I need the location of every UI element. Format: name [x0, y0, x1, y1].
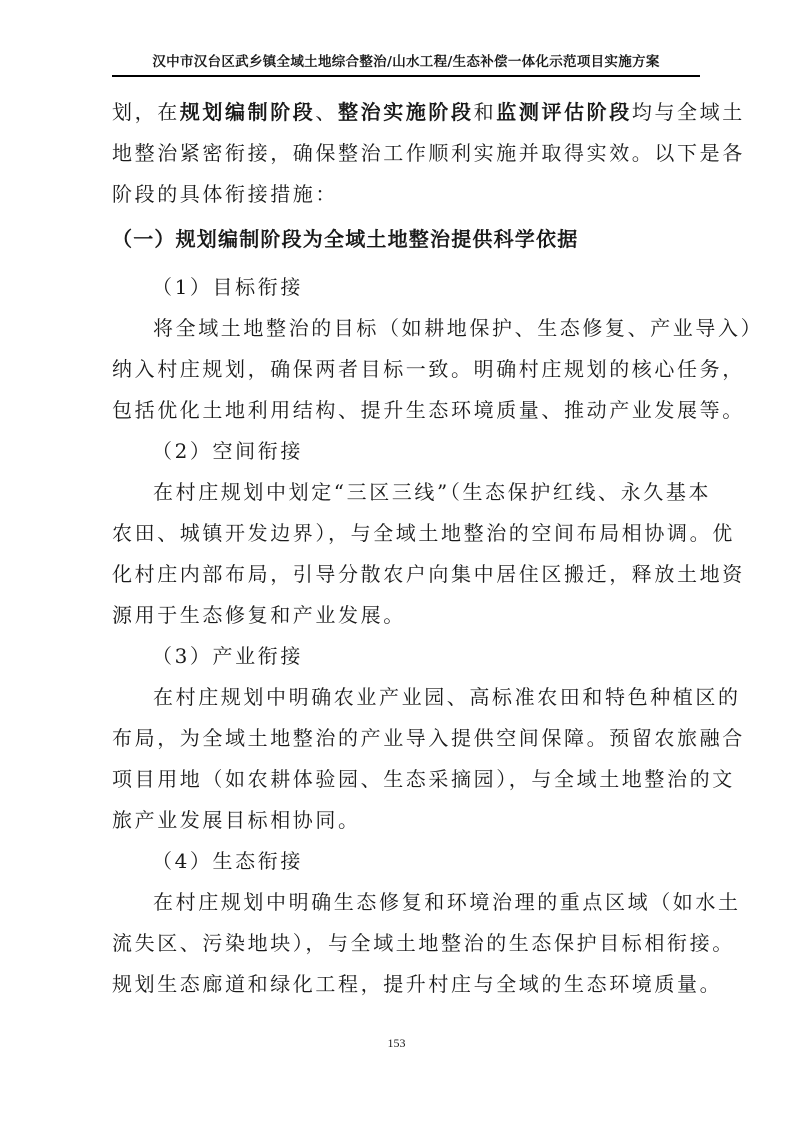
- section-heading: （一）规划编制阶段为全域土地整治提供科学依据: [112, 217, 698, 267]
- paragraph-line: 项目用地（如农耕体验园、生态采摘园），与全域土地整治的文: [112, 759, 698, 800]
- paragraph-line: 包括优化土地利用结构、提升生态环境质量、推动产业发展等。: [112, 390, 698, 431]
- subsection-title: （4）生态衔接: [112, 841, 698, 882]
- intro-text: 和: [474, 100, 497, 124]
- subsection-spatial: （2）空间衔接 在村庄规划中划定“三区三线”（生态保护红线、永久基本 农田、城镇…: [112, 431, 698, 636]
- paragraph-line: 旅产业发展目标相协同。: [112, 800, 698, 841]
- bold-phase-planning: 规划编制阶段: [180, 100, 316, 124]
- running-header: 汉中市汉台区武乡镇全域土地综合整治/山水工程/生态补偿一体化示范项目实施方案: [112, 52, 700, 72]
- page-number: 153: [0, 1036, 793, 1051]
- intro-text: 、: [315, 100, 338, 124]
- paragraph-line: 源用于生态修复和产业发展。: [112, 595, 698, 636]
- header-divider: [112, 75, 700, 77]
- intro-text: 划，在: [112, 100, 180, 124]
- subsection-goal: （1）目标衔接 将全域土地整治的目标（如耕地保护、生态修复、产业导入） 纳入村庄…: [112, 267, 698, 431]
- document-body: 划，在规划编制阶段、整治实施阶段和监测评估阶段均与全域土 地整治紧密衔接，确保整…: [112, 92, 698, 1005]
- intro-line-2: 地整治紧密衔接，确保整治工作顺利实施并取得实效。以下是各: [112, 133, 698, 174]
- paragraph-line: 流失区、污染地块），与全域土地整治的生态保护目标相衔接。: [112, 923, 698, 964]
- paragraph-line: 在村庄规划中划定“三区三线”（生态保护红线、永久基本: [112, 472, 698, 513]
- paragraph-line: 将全域土地整治的目标（如耕地保护、生态修复、产业导入）: [112, 308, 698, 349]
- paragraph-line: 化村庄内部布局，引导分散农户向集中居住区搬迁，释放土地资: [112, 554, 698, 595]
- bold-phase-monitoring: 监测评估阶段: [496, 100, 632, 124]
- bold-phase-implementation: 整治实施阶段: [338, 100, 474, 124]
- intro-text: 均与全域土: [632, 100, 745, 124]
- paragraph-line: 农田、城镇开发边界），与全域土地整治的空间布局相协调。优: [112, 513, 698, 554]
- paragraph-line: 纳入村庄规划，确保两者目标一致。明确村庄规划的核心任务，: [112, 349, 698, 390]
- subsection-title: （3）产业衔接: [112, 636, 698, 677]
- intro-line-1: 划，在规划编制阶段、整治实施阶段和监测评估阶段均与全域土: [112, 92, 698, 133]
- paragraph-line: 在村庄规划中明确生态修复和环境治理的重点区域（如水土: [112, 882, 698, 923]
- paragraph-line: 在村庄规划中明确农业产业园、高标准农田和特色种植区的: [112, 677, 698, 718]
- subsection-industry: （3）产业衔接 在村庄规划中明确农业产业园、高标准农田和特色种植区的 布局，为全…: [112, 636, 698, 841]
- paragraph-line: 布局，为全域土地整治的产业导入提供空间保障。预留农旅融合: [112, 718, 698, 759]
- paragraph-line: 规划生态廊道和绿化工程，提升村庄与全域的生态环境质量。: [112, 964, 698, 1005]
- intro-line-3: 阶段的具体衔接措施：: [112, 174, 698, 215]
- subsection-title: （2）空间衔接: [112, 431, 698, 472]
- subsection-title: （1）目标衔接: [112, 267, 698, 308]
- subsection-ecology: （4）生态衔接 在村庄规划中明确生态修复和环境治理的重点区域（如水土 流失区、污…: [112, 841, 698, 1005]
